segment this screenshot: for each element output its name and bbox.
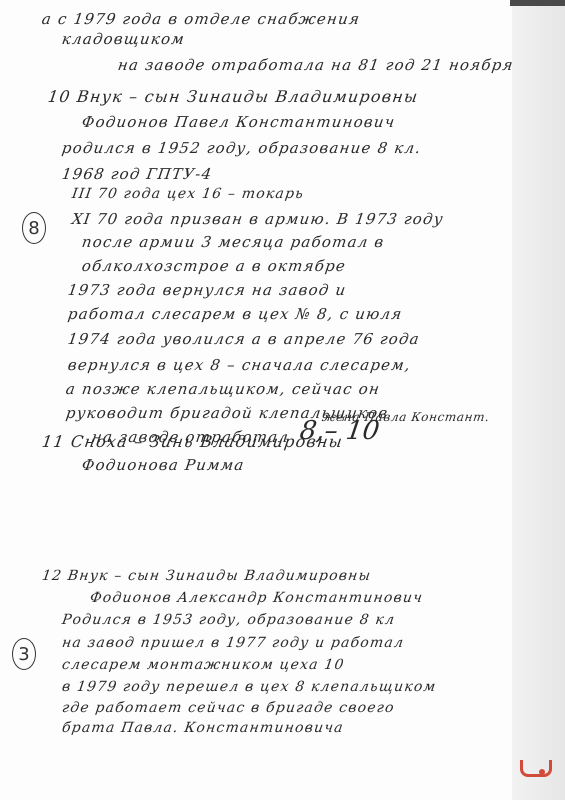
- entry-10-line-1: 10 Внук – сын Зинаиды Владимировны: [47, 87, 420, 106]
- entry-11-annotation: жена Павла Констант.: [321, 410, 491, 424]
- intro-line-1: а с 1979 года в отделе снабжения: [41, 10, 362, 28]
- entry-10-line-2: Фодионов Павел Константинович: [81, 113, 397, 131]
- entry-12-line-7: где работает сейчас в бригаде своего: [61, 700, 396, 716]
- intro-line-2: кладовщиком: [61, 30, 187, 48]
- entry-10-line-4: 1968 год ГПТУ-4: [61, 165, 214, 183]
- entry-10-line-10: работал слесарем в цех № 8, с июля: [67, 305, 404, 323]
- watermark-logo-icon: [520, 760, 552, 777]
- scanner-background-strip: [512, 0, 565, 800]
- circled-mark-8: 8: [22, 212, 46, 244]
- entry-12-line-6: в 1979 году перешел в цех 8 клепальщиком: [61, 679, 438, 695]
- entry-10-line-7: после армии 3 месяца работал в: [81, 233, 386, 251]
- entry-12-line-2: Фодионов Александр Константинович: [89, 590, 424, 606]
- entry-10-line-12: вернулся в цех 8 – сначала слесарем,: [67, 356, 412, 374]
- intro-line-3: на заводе отработала на 81 год 21 ноября: [117, 56, 515, 74]
- entry-10-line-6: XI 70 года призван в армию. В 1973 году: [71, 210, 445, 228]
- entry-10-line-3: родился в 1952 году, образование 8 кл.: [61, 139, 423, 157]
- entry-12-line-1: 12 Внук – сын Зинаиды Владимировны: [41, 568, 372, 584]
- entry-11-line-1: 11 Сноха – Зинь Владимировны: [41, 432, 345, 451]
- entry-12-line-3: Родился в 1953 году, образование 8 кл: [61, 612, 396, 628]
- entry-10-line-5: III 70 года цех 16 – токарь: [71, 186, 305, 202]
- circled-mark-3: 3: [12, 638, 36, 670]
- entry-12-line-4: на завод пришел в 1977 году и работал: [61, 635, 405, 651]
- entry-10-line-9: 1973 года вернулся на завод и: [67, 281, 348, 299]
- entry-10-line-8: облколхозстрое а в октябре: [81, 257, 348, 275]
- entry-10-line-13: а позже клепальщиком, сейчас он: [65, 380, 382, 398]
- watermark-dot-icon: [539, 769, 545, 775]
- entry-12-line-5: слесарем монтажником цеха 10: [61, 657, 346, 673]
- entry-12-line-8: брата Павла. Константиновича: [61, 720, 345, 736]
- scan-edge-shadow: [510, 0, 565, 6]
- entry-11-line-2: Фодионова Римма: [81, 456, 246, 474]
- entry-10-line-11: 1974 года уволился а в апреле 76 года: [67, 330, 421, 348]
